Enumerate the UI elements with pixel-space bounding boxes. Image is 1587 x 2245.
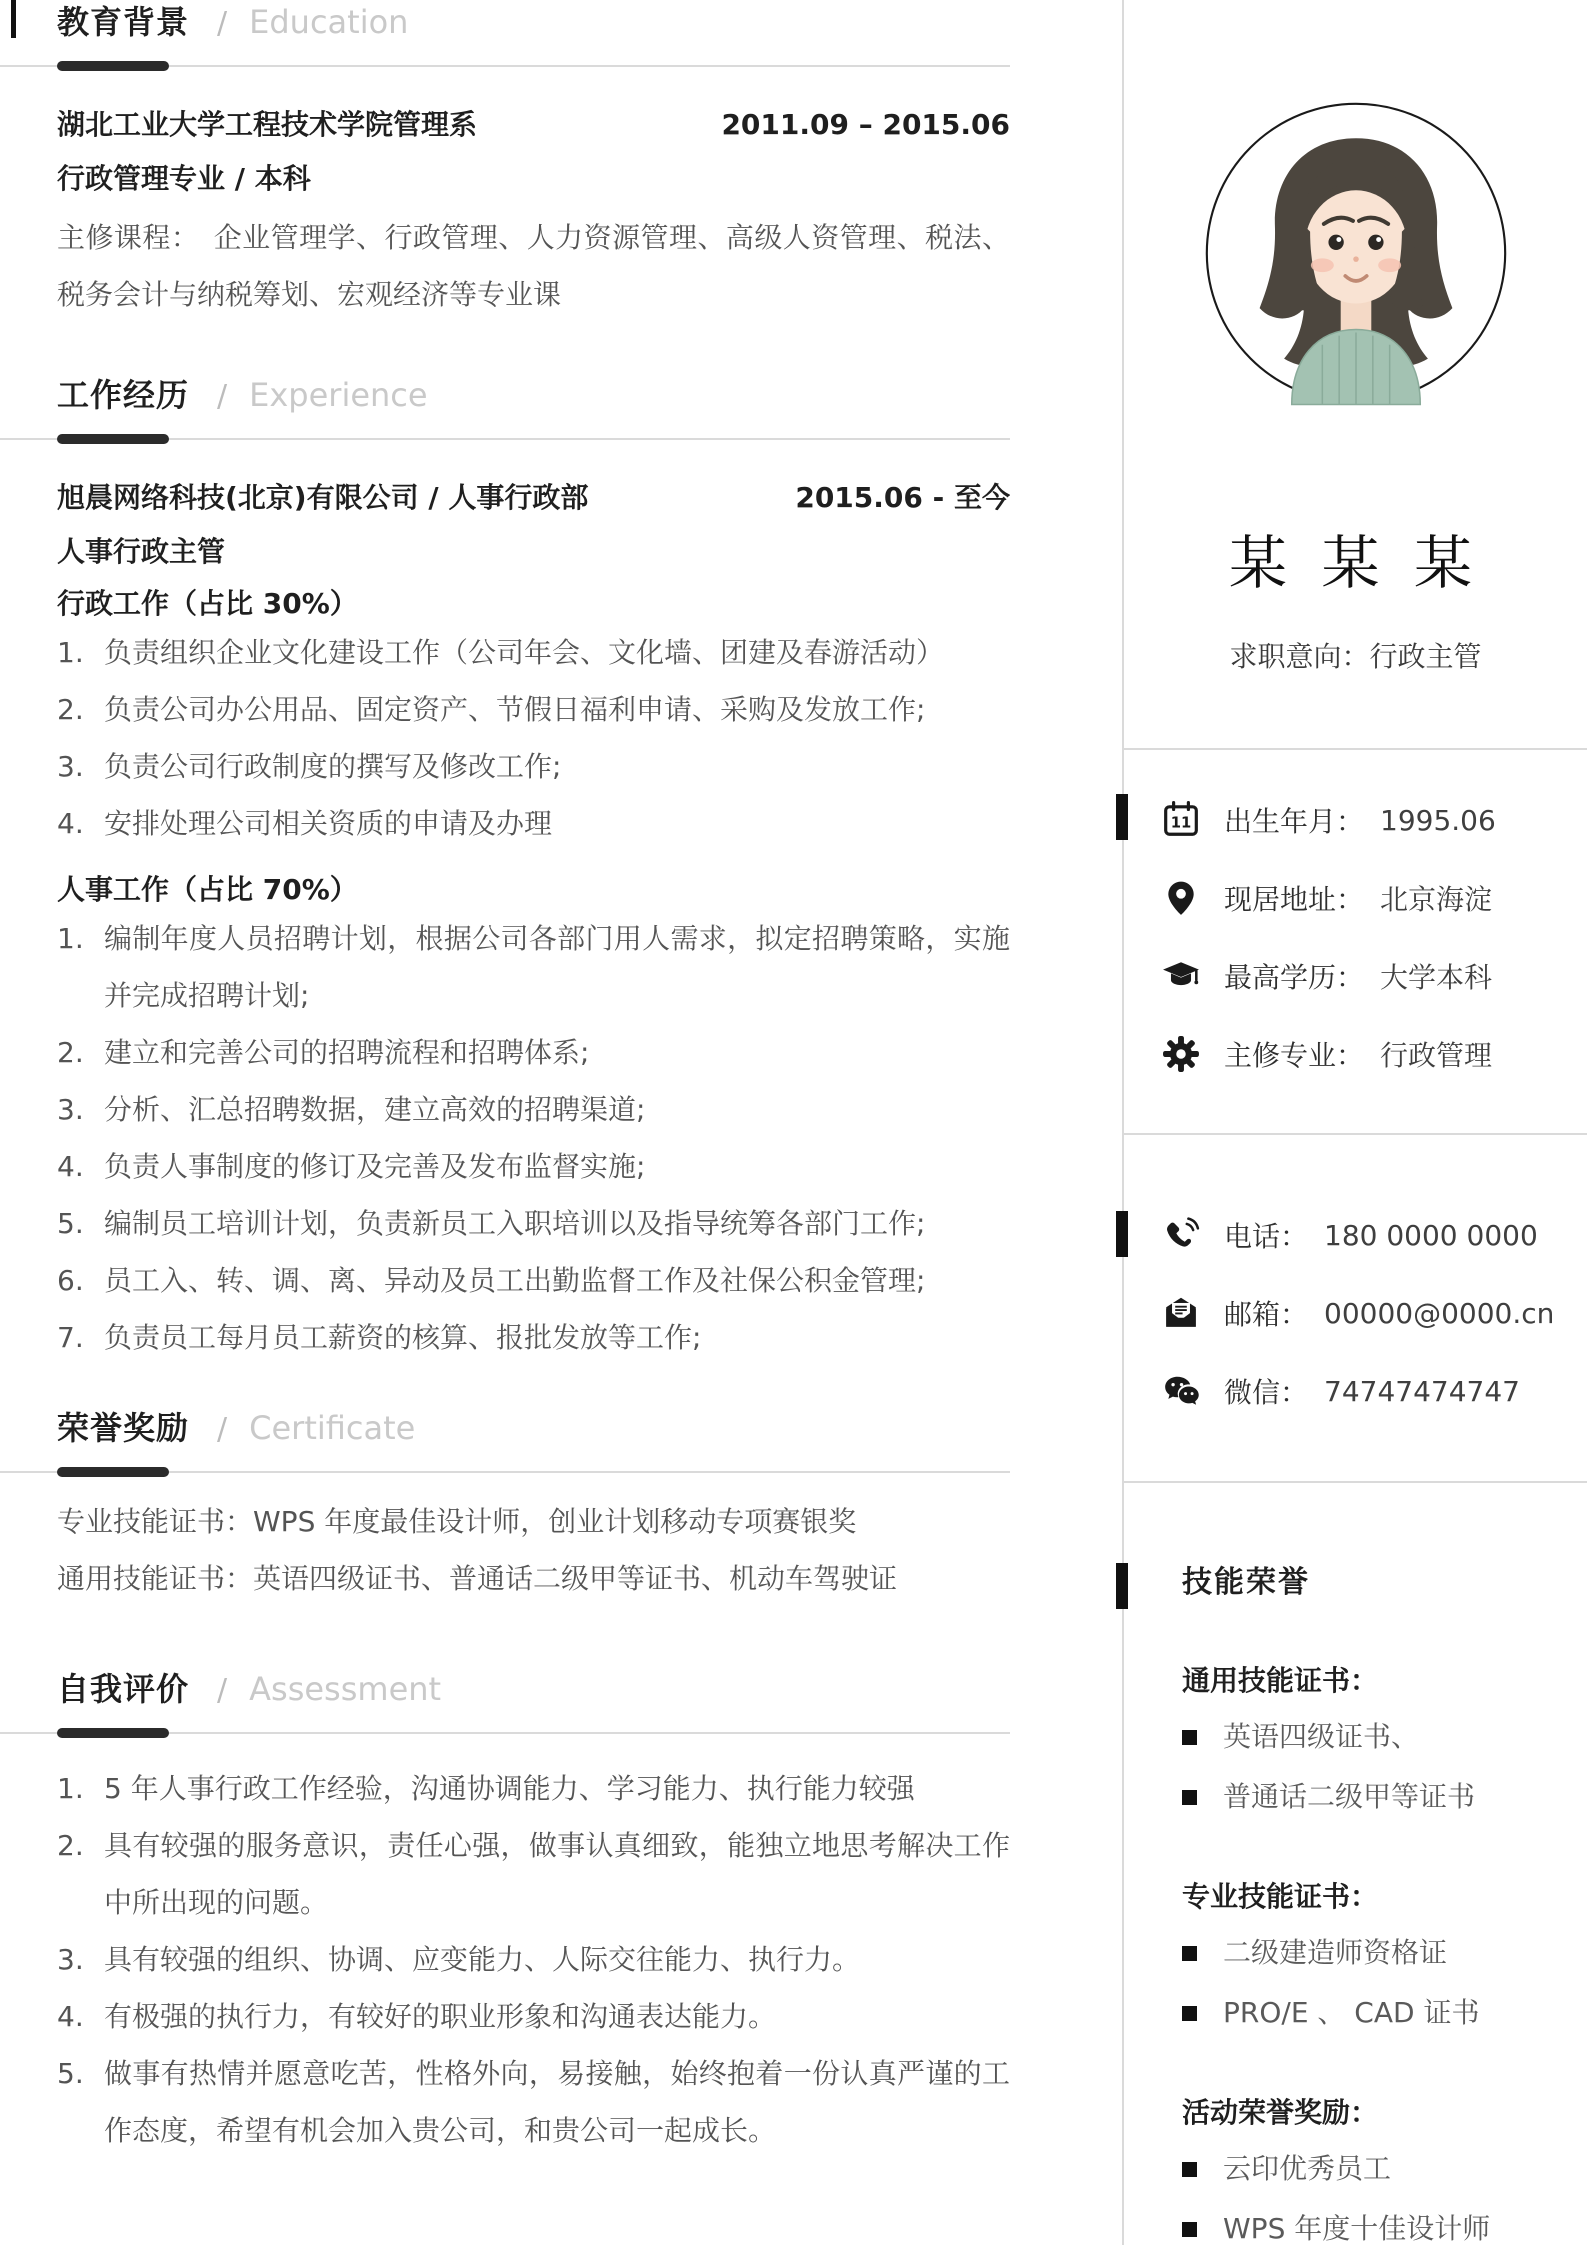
corner-mark	[11, 0, 16, 38]
contact-value: 00000@0000.cn	[1324, 1297, 1554, 1330]
skills-item: 云印优秀员工	[1182, 2149, 1567, 2189]
contact-value: 180 0000 0000	[1324, 1219, 1538, 1252]
profile-value: 北京海淀	[1380, 878, 1492, 918]
contact-row: 邮箱： 00000@0000.cn	[1162, 1293, 1587, 1333]
job-intention: 求职意向：行政主管	[1124, 639, 1587, 675]
courses-paragraph: 主修课程： 企业管理学、行政管理、人力资源管理、高级人资管理、税法、税务会计与纳…	[57, 209, 1010, 323]
skills-group-heading: 专业技能证书：	[1182, 1877, 1567, 1917]
section-title-en: Assessment	[249, 1667, 441, 1712]
skills-item: 英语四级证书、	[1182, 1717, 1567, 1757]
avatar	[1203, 100, 1509, 406]
skills-item: 普通话二级甲等证书	[1182, 1777, 1567, 1817]
slash-separator: /	[217, 1673, 227, 1708]
skills-item-label: 普通话二级甲等证书	[1223, 1777, 1475, 1817]
avatar-illustration	[1203, 100, 1509, 406]
profile-label: 最高学历：	[1224, 956, 1364, 996]
contact-label: 电话：	[1224, 1215, 1308, 1255]
assessment-list: 5 年人事行政工作经验，沟通协调能力、学习能力、执行能力较强 具有较强的服务意识…	[57, 1760, 1010, 2159]
section-certificate: 荣誉奖励 / Certificate 专业技能证书：WPS 年度最佳设计师，创业…	[57, 1406, 1010, 1607]
list-item: 安排处理公司相关资质的申请及办理	[57, 795, 1010, 852]
square-bullet-icon	[1182, 2222, 1197, 2237]
hr-work-list: 编制年度人员招聘计划，根据公司各部门用人需求，拟定招聘策略，实施并完成招聘计划;…	[57, 910, 1010, 1366]
phone-icon	[1162, 1216, 1200, 1254]
main-column: 教育背景 / Education 湖北工业大学工程技术学院管理系 2011.09…	[57, 0, 1010, 2159]
list-item: 5 年人事行政工作经验，沟通协调能力、学习能力、执行能力较强	[57, 1760, 1010, 1817]
profile-row: 11 出生年月： 1995.06	[1162, 800, 1587, 840]
section-underline	[0, 1467, 1010, 1477]
section-underline	[0, 434, 1010, 444]
square-bullet-icon	[1182, 1790, 1197, 1805]
divider	[1124, 1481, 1587, 1483]
sidebar: 某 某 某 求职意向：行政主管 11 出生年月： 1995.06 现居地址： 北…	[1122, 0, 1587, 2245]
section-title-zh: 教育背景	[57, 0, 189, 45]
accent-bar	[1116, 794, 1128, 840]
profile-value: 行政管理	[1380, 1034, 1492, 1074]
company-name: 旭晨网络科技(北京)有限公司 / 人事行政部	[57, 478, 588, 518]
profile-label: 出生年月：	[1224, 800, 1364, 840]
skills-item-label: WPS 年度十佳设计师	[1223, 2209, 1490, 2245]
thick-rule	[57, 1467, 169, 1477]
list-item: 编制年度人员招聘计划，根据公司各部门用人需求，拟定招聘策略，实施并完成招聘计划;	[57, 910, 1010, 1024]
profile-row: 现居地址： 北京海淀	[1162, 878, 1587, 918]
section-title-zh: 工作经历	[57, 373, 189, 418]
list-item: 具有较强的组织、协调、应变能力、人际交往能力、执行力。	[57, 1931, 1010, 1988]
list-item: 负责组织企业文化建设工作（公司年会、文化墙、团建及春游活动）	[57, 624, 1010, 681]
list-item: 负责人事制度的修订及完善及发布监督实施;	[57, 1138, 1010, 1195]
contact-value: 74747474747	[1324, 1375, 1520, 1408]
section-title-en: Education	[249, 0, 408, 45]
accent-bar	[1116, 1563, 1128, 1609]
contact-row: 微信： 74747474747	[1162, 1371, 1587, 1411]
profile-value: 1995.06	[1380, 804, 1496, 837]
section-assessment: 自我评价 / Assessment 5 年人事行政工作经验，沟通协调能力、学习能…	[57, 1667, 1010, 2159]
gear-icon	[1162, 1035, 1200, 1073]
section-title-en: Certificate	[249, 1406, 415, 1451]
square-bullet-icon	[1182, 2162, 1197, 2177]
section-underline	[0, 61, 1010, 71]
skills-section: 技能荣誉 通用技能证书： 英语四级证书、 普通话二级甲等证书 专业技能证书： 二…	[1124, 1562, 1587, 2245]
profile-row: 主修专业： 行政管理	[1162, 1034, 1587, 1074]
thick-rule	[57, 61, 169, 71]
skills-item-label: PRO/E 、 CAD 证书	[1223, 1993, 1479, 2033]
graduation-cap-icon	[1162, 957, 1200, 995]
contact-info: 电话： 180 0000 0000 邮箱： 00000@0000.cn 微信： …	[1124, 1215, 1587, 1411]
calendar-icon: 11	[1162, 801, 1200, 839]
section-header: 教育背景 / Education	[57, 0, 1010, 45]
svg-text:11: 11	[1171, 814, 1192, 831]
mail-icon	[1162, 1294, 1200, 1332]
profile-info: 11 出生年月： 1995.06 现居地址： 北京海淀 最高学历： 大学本科	[1124, 800, 1587, 1074]
experience-entry-header: 旭晨网络科技(北京)有限公司 / 人事行政部 2015.06 - 至今	[57, 478, 1010, 518]
list-item: 编制员工培训计划，负责新员工入职培训以及指导统筹各部门工作;	[57, 1195, 1010, 1252]
list-item: 具有较强的服务意识，责任心强，做事认真细致，能独立地思考解决工作中所出现的问题。	[57, 1817, 1010, 1931]
skills-item-label: 英语四级证书、	[1223, 1717, 1419, 1757]
contact-row: 电话： 180 0000 0000	[1162, 1215, 1587, 1255]
list-item: 负责员工每月员工薪资的核算、报批发放等工作;	[57, 1309, 1010, 1366]
list-item: 有极强的执行力，有较好的职业形象和沟通表达能力。	[57, 1988, 1010, 2045]
section-header: 自我评价 / Assessment	[57, 1667, 1010, 1712]
section-title-zh: 荣誉奖励	[57, 1406, 189, 1451]
section-experience: 工作经历 / Experience 旭晨网络科技(北京)有限公司 / 人事行政部…	[57, 373, 1010, 1366]
list-item: 负责公司行政制度的撰写及修改工作;	[57, 738, 1010, 795]
position-title: 人事行政主管	[57, 532, 1010, 572]
section-header: 荣誉奖励 / Certificate	[57, 1406, 1010, 1451]
certificate-line: 通用技能证书：英语四级证书、普通话二级甲等证书、机动车驾驶证	[57, 1550, 1010, 1607]
profile-label: 现居地址：	[1224, 878, 1364, 918]
contact-label: 微信：	[1224, 1371, 1308, 1411]
thick-rule	[57, 1728, 169, 1738]
skills-title: 技能荣誉	[1182, 1562, 1567, 1604]
work-block-heading: 行政工作（占比 30%）	[57, 584, 1010, 624]
list-item: 员工入、转、调、离、异动及员工出勤监督工作及社保公积金管理;	[57, 1252, 1010, 1309]
resume-page: 教育背景 / Education 湖北工业大学工程技术学院管理系 2011.09…	[0, 0, 1587, 2245]
section-title-zh: 自我评价	[57, 1667, 189, 1712]
slash-separator: /	[217, 6, 227, 41]
accent-bar	[1116, 1211, 1128, 1257]
list-item: 建立和完善公司的招聘流程和招聘体系;	[57, 1024, 1010, 1081]
school-name: 湖北工业大学工程技术学院管理系	[57, 105, 477, 145]
section-underline	[0, 1728, 1010, 1738]
profile-row: 最高学历： 大学本科	[1162, 956, 1587, 996]
section-education: 教育背景 / Education 湖北工业大学工程技术学院管理系 2011.09…	[57, 0, 1010, 323]
certificate-line: 专业技能证书：WPS 年度最佳设计师，创业计划移动专项赛银奖	[57, 1493, 1010, 1550]
section-header: 工作经历 / Experience	[57, 373, 1010, 418]
work-block-heading: 人事工作（占比 70%）	[57, 870, 1010, 910]
divider	[1124, 748, 1587, 750]
list-item: 分析、汇总招聘数据，建立高效的招聘渠道;	[57, 1081, 1010, 1138]
thick-rule	[57, 434, 169, 444]
skills-item-label: 二级建造师资格证	[1223, 1933, 1447, 1973]
list-item: 负责公司办公用品、固定资产、节假日福利申请、采购及发放工作;	[57, 681, 1010, 738]
wechat-icon	[1162, 1372, 1200, 1410]
square-bullet-icon	[1182, 1946, 1197, 1961]
education-entry-header: 湖北工业大学工程技术学院管理系 2011.09 – 2015.06	[57, 105, 1010, 145]
candidate-name: 某 某 某	[1124, 531, 1587, 597]
skills-item: PRO/E 、 CAD 证书	[1182, 1993, 1567, 2033]
skills-item: 二级建造师资格证	[1182, 1933, 1567, 1973]
list-item: 做事有热情并愿意吃苦，性格外向，易接触，始终抱着一份认真严谨的工作态度，希望有机…	[57, 2045, 1010, 2159]
square-bullet-icon	[1182, 1730, 1197, 1745]
skills-item-label: 云印优秀员工	[1223, 2149, 1391, 2189]
slash-separator: /	[217, 1412, 227, 1447]
skills-group-heading: 活动荣誉奖励：	[1182, 2093, 1567, 2133]
location-icon	[1162, 879, 1200, 917]
profile-value: 大学本科	[1380, 956, 1492, 996]
profile-label: 主修专业：	[1224, 1034, 1364, 1074]
section-title-en: Experience	[249, 373, 427, 418]
skills-item: WPS 年度十佳设计师	[1182, 2209, 1567, 2245]
contact-label: 邮箱：	[1224, 1293, 1308, 1333]
certificate-lines: 专业技能证书：WPS 年度最佳设计师，创业计划移动专项赛银奖 通用技能证书：英语…	[57, 1493, 1010, 1607]
education-period: 2011.09 – 2015.06	[721, 105, 1010, 145]
major-line: 行政管理专业 / 本科	[57, 159, 1010, 199]
slash-separator: /	[217, 379, 227, 414]
square-bullet-icon	[1182, 2006, 1197, 2021]
skills-group-heading: 通用技能证书：	[1182, 1661, 1567, 1701]
divider	[1124, 1133, 1587, 1135]
experience-period: 2015.06 - 至今	[795, 478, 1010, 518]
admin-work-list: 负责组织企业文化建设工作（公司年会、文化墙、团建及春游活动） 负责公司办公用品、…	[57, 624, 1010, 852]
